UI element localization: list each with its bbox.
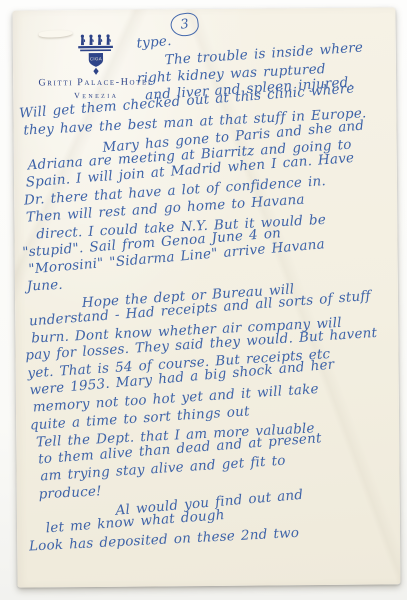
handwritten-letter-body: type. The trouble is inside where right …: [13, 33, 401, 555]
letter-page: 3: [12, 7, 400, 587]
letter-photo: 3: [0, 0, 407, 600]
